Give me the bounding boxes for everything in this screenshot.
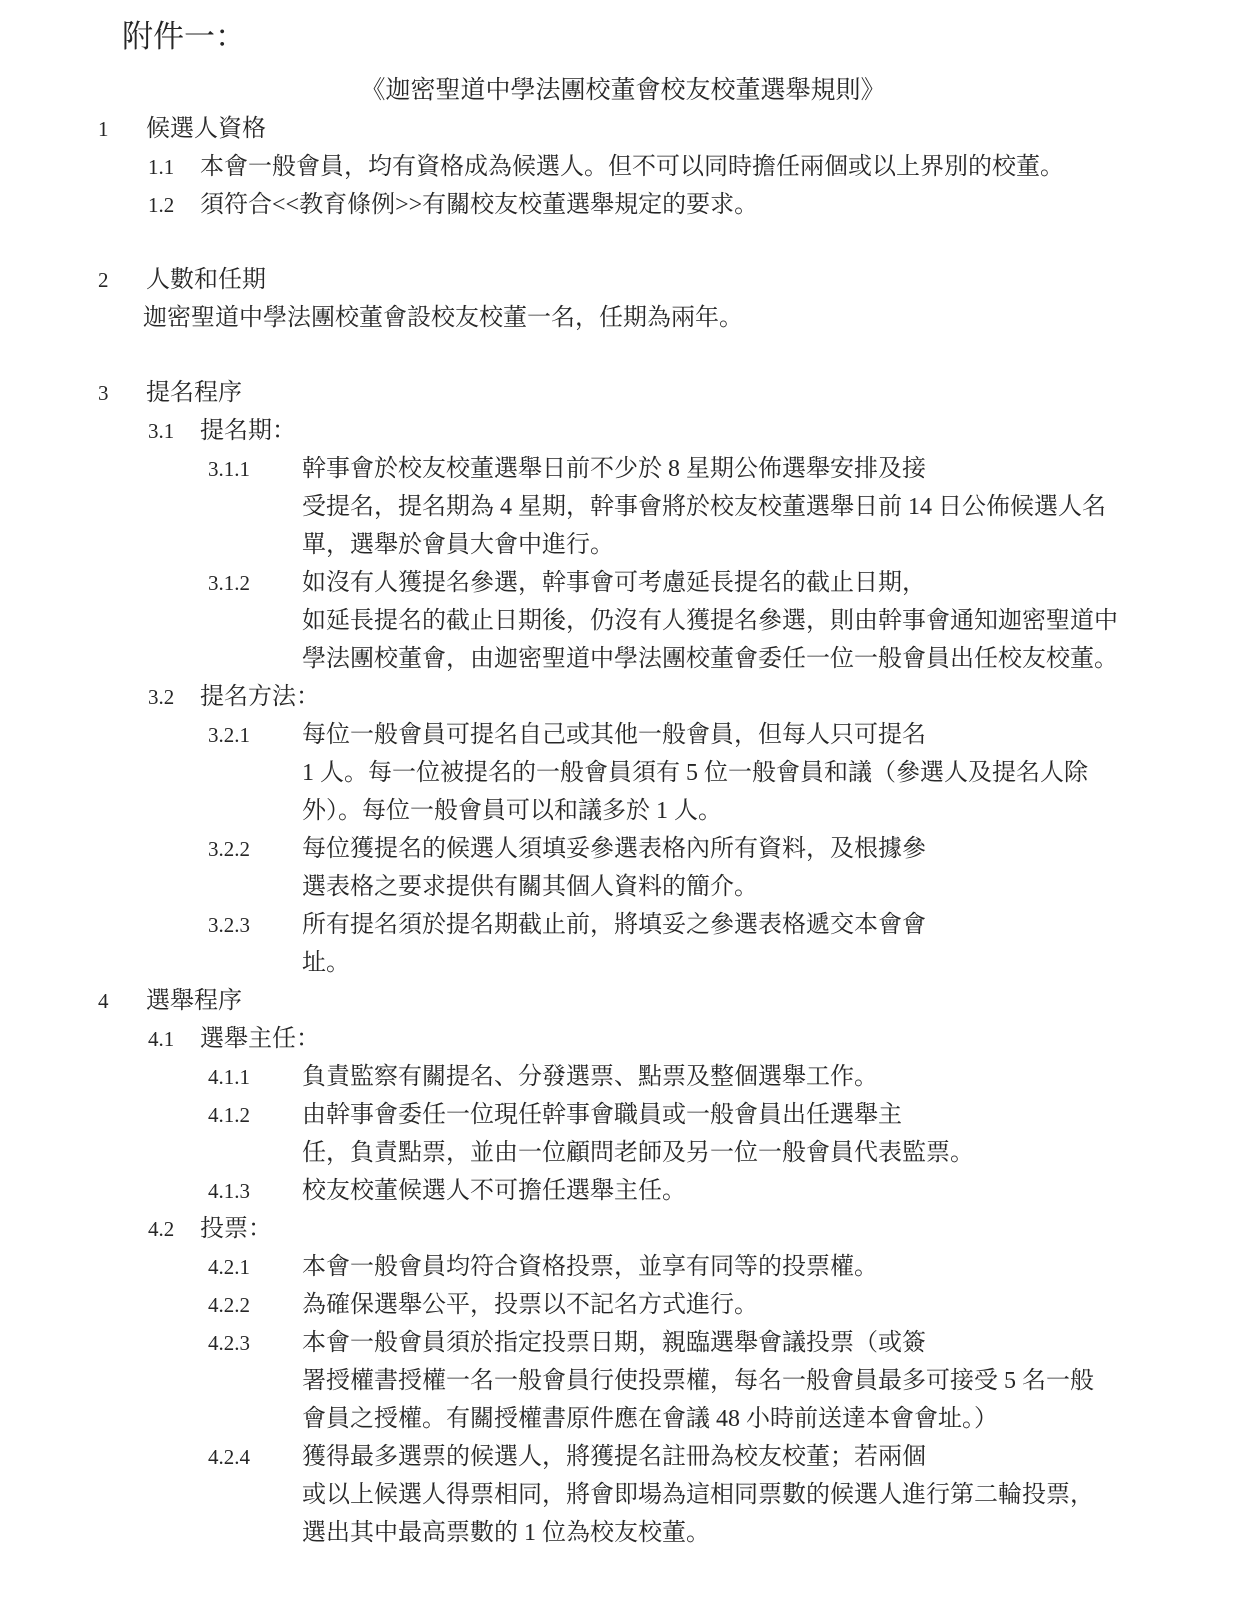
clause-number: 4.1.3: [208, 1172, 250, 1210]
clause-text: 所有提名須於提名期截止前，將填妥之參選表格遞交本會會址。: [0, 906, 1246, 982]
clause-number: 3.2: [148, 678, 174, 716]
clause: 4.1.3 校友校董候選人不可擔任選舉主任。: [0, 1172, 1246, 1210]
clause: 4.1.1 負責監察有關提名、分發選票、點票及整個選舉工作。: [0, 1058, 1246, 1096]
clause: 3 提名程序: [0, 374, 1246, 412]
clause-text: 提名程序: [0, 374, 1246, 412]
clause-text: 由幹事會委任一位現任幹事會職員或一般會員出任選舉主任，負責點票，並由一位顧問老師…: [0, 1096, 1246, 1172]
clause-number: 4.1.2: [208, 1096, 250, 1134]
clause-text: 本會一般會員須於指定投票日期，親臨選舉會議投票（或簽署授權書授權一名一般會員行使…: [0, 1324, 1246, 1438]
clause-number: 1: [98, 110, 109, 148]
clause: 3.2.2 每位獲提名的候選人須填妥參選表格內所有資料，及根據參選表格之要求提供…: [0, 830, 1246, 906]
clause: 4.2.3 本會一般會員須於指定投票日期，親臨選舉會議投票（或簽署授權書授權一名…: [0, 1324, 1246, 1438]
clause-number: 4.1: [148, 1020, 174, 1058]
clause-text: 選舉程序: [0, 982, 1246, 1020]
clause-text: 為確保選舉公平，投票以不記名方式進行。: [0, 1286, 1246, 1324]
clause-number: 3.1.1: [208, 450, 250, 488]
clause-number: 3: [98, 374, 109, 412]
clause-text: 須符合<<教育條例>>有關校友校董選舉規定的要求。: [0, 186, 1246, 224]
document-title: 《迦密聖道中學法團校董會校友校董選舉規則》: [0, 72, 1246, 110]
clause-text: 提名期：: [0, 412, 1246, 450]
clause-number: 2: [98, 261, 109, 299]
clause-number: 4.2.3: [208, 1324, 250, 1362]
clause: 4.1 選舉主任：: [0, 1020, 1246, 1058]
document-page: 附件一： 《迦密聖道中學法團校董會校友校董選舉規則》 1 候選人資格 1.1 本…: [0, 0, 1246, 1600]
clause-number: 3.2.3: [208, 906, 250, 944]
clause: 3.2 提名方法：: [0, 678, 1246, 716]
clause: 1 候選人資格: [0, 110, 1246, 148]
clause-text: 迦密聖道中學法團校董會設校友校董一名，任期為兩年。: [0, 299, 1246, 337]
clause-text: 幹事會於校友校董選舉日前不少於 8 星期公佈選舉安排及接受提名，提名期為 4 星…: [0, 450, 1246, 564]
clause-number: 4.2.1: [208, 1248, 250, 1286]
clause: 4.1.2 由幹事會委任一位現任幹事會職員或一般會員出任選舉主任，負責點票，並由…: [0, 1096, 1246, 1172]
clause-text: 校友校董候選人不可擔任選舉主任。: [0, 1172, 1246, 1210]
clause: 1.1 本會一般會員，均有資格成為候選人。但不可以同時擔任兩個或以上界別的校董。: [0, 148, 1246, 186]
clause: 3.1.2 如沒有人獲提名參選，幹事會可考慮延長提名的截止日期，如延長提名的截止…: [0, 564, 1246, 678]
clause: 2 人數和任期: [0, 261, 1246, 299]
document-body: 1 候選人資格 1.1 本會一般會員，均有資格成為候選人。但不可以同時擔任兩個或…: [0, 110, 1246, 1552]
clause: 3.1.1 幹事會於校友校董選舉日前不少於 8 星期公佈選舉安排及接受提名，提名…: [0, 450, 1246, 564]
clause: 4.2 投票：: [0, 1210, 1246, 1248]
clause-text: 每位獲提名的候選人須填妥參選表格內所有資料，及根據參選表格之要求提供有關其個人資…: [0, 830, 1246, 906]
clause-text: 候選人資格: [0, 110, 1246, 148]
clause: 4.2.1 本會一般會員均符合資格投票，並享有同等的投票權。: [0, 1248, 1246, 1286]
clause-text: 投票：: [0, 1210, 1246, 1248]
clause-number: 4: [98, 982, 109, 1020]
clause-number: 4.2.2: [208, 1286, 250, 1324]
clause-number: 3.1.2: [208, 564, 250, 602]
clause-number: 1.2: [148, 186, 174, 224]
clause-number: 1.1: [148, 148, 174, 186]
clause-text: 本會一般會員均符合資格投票，並享有同等的投票權。: [0, 1248, 1246, 1286]
clause-text: 提名方法：: [0, 678, 1246, 716]
clause: 4 選舉程序: [0, 982, 1246, 1020]
clause-number: 3.1: [148, 412, 174, 450]
clause: 3.2.3 所有提名須於提名期截止前，將填妥之參選表格遞交本會會址。: [0, 906, 1246, 982]
clause: 3.2.1 每位一般會員可提名自己或其他一般會員，但每人只可提名1 人。每一位被…: [0, 716, 1246, 830]
clause-text: 選舉主任：: [0, 1020, 1246, 1058]
clause-text: 本會一般會員，均有資格成為候選人。但不可以同時擔任兩個或以上界別的校董。: [0, 148, 1246, 186]
clause-text: 如沒有人獲提名參選，幹事會可考慮延長提名的截止日期，如延長提名的截止日期後，仍沒…: [0, 564, 1246, 678]
clause: 迦密聖道中學法團校董會設校友校董一名，任期為兩年。: [0, 299, 1246, 337]
attachment-label: 附件一：: [0, 16, 1246, 58]
clause-text: 每位一般會員可提名自己或其他一般會員，但每人只可提名1 人。每一位被提名的一般會…: [0, 716, 1246, 830]
clause: 3.1 提名期：: [0, 412, 1246, 450]
clause-text: 獲得最多選票的候選人，將獲提名註冊為校友校董；若兩個或以上候選人得票相同，將會即…: [0, 1438, 1246, 1552]
clause-text: 人數和任期: [0, 261, 1246, 299]
clause-number: 3.2.1: [208, 716, 250, 754]
clause-number: 4.2: [148, 1210, 174, 1248]
clause-text: 負責監察有關提名、分發選票、點票及整個選舉工作。: [0, 1058, 1246, 1096]
clause-number: 4.2.4: [208, 1438, 250, 1476]
clause: 1.2 須符合<<教育條例>>有關校友校董選舉規定的要求。: [0, 186, 1246, 224]
clause: 4.2.2 為確保選舉公平，投票以不記名方式進行。: [0, 1286, 1246, 1324]
clause-number: 4.1.1: [208, 1058, 250, 1096]
clause: 4.2.4 獲得最多選票的候選人，將獲提名註冊為校友校董；若兩個或以上候選人得票…: [0, 1438, 1246, 1552]
clause-number: 3.2.2: [208, 830, 250, 868]
